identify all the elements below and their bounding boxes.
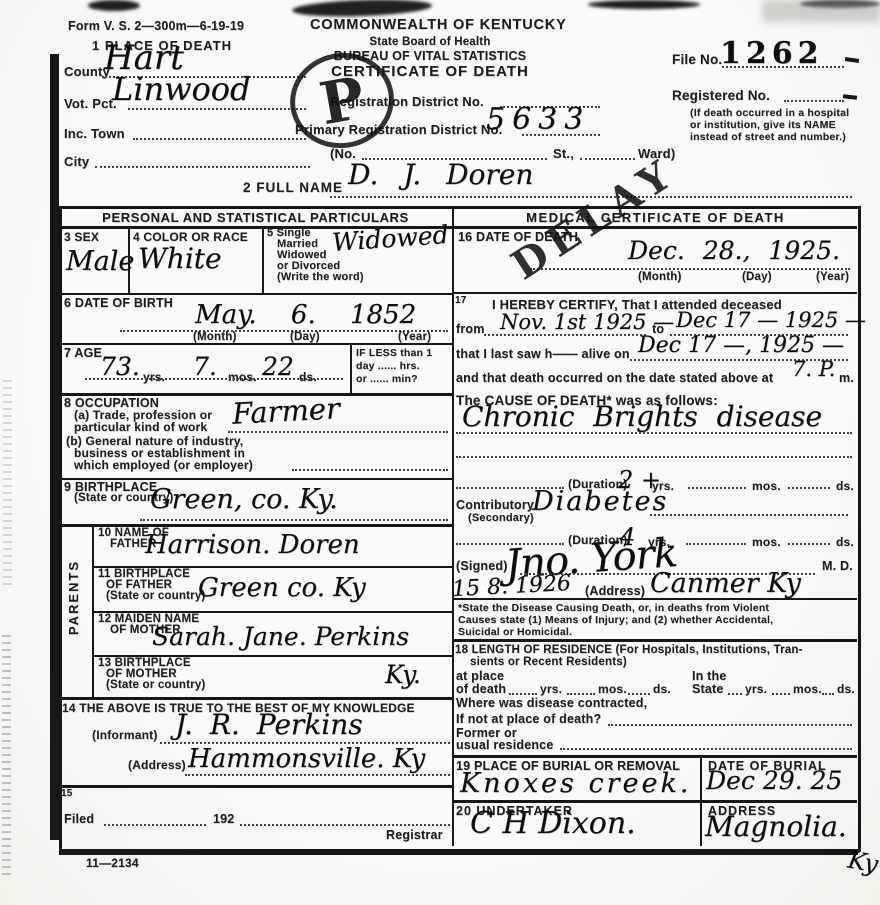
- scan-artifact: [843, 94, 857, 99]
- rule: [454, 639, 857, 642]
- scan-artifact: [588, 0, 700, 9]
- last-saw-label: that I last saw h—— alive on: [456, 347, 630, 361]
- sex-value: Male: [66, 246, 134, 277]
- scan-artifact: [292, 0, 432, 18]
- birthplace-value: Green, co. Ky.: [150, 484, 338, 515]
- dotted-line: [456, 432, 852, 434]
- res-mos-unit-2: mos.: [793, 682, 822, 696]
- marital-label-5: (Write the word): [277, 271, 364, 283]
- dod-month-label: (Month): [638, 271, 682, 283]
- dotted-line: [128, 108, 306, 110]
- informant-label: (Informant): [92, 728, 158, 742]
- contributory-label: Contributory: [456, 498, 534, 512]
- dotted-line: [580, 158, 635, 160]
- death-occurred-label: and that death occurred on the date stat…: [456, 371, 773, 385]
- duration2-ds-unit: ds.: [836, 535, 854, 549]
- state-label: State: [692, 682, 724, 696]
- cause-footnote-3: Suicidal or Homicidal.: [458, 626, 572, 638]
- inc-town-label: Inc. Town: [64, 126, 125, 141]
- rule: [59, 697, 452, 700]
- precinct-value: Linwood: [112, 70, 251, 108]
- rule: [59, 343, 452, 345]
- signed-label: (Signed): [456, 559, 508, 573]
- in-the-label: In the: [692, 669, 727, 683]
- undertaker-value: C H Dixon.: [470, 806, 636, 841]
- rule: [454, 292, 857, 294]
- age-yrs-unit: yrs.: [143, 370, 165, 384]
- dotted-line: [560, 748, 852, 750]
- age-if-less-note-3: or ...... min?: [356, 373, 418, 385]
- file-no-label: File No.: [672, 52, 722, 67]
- dotted-line: [140, 519, 448, 521]
- age-if-less-note-1: IF LESS than 1: [356, 347, 432, 359]
- occupation-b-line3: which employed (or employer): [74, 458, 253, 472]
- race-value: White: [138, 242, 222, 275]
- dotted-line: [104, 824, 206, 826]
- dotted-line: [185, 774, 450, 776]
- column-divider: [452, 206, 454, 846]
- page-left-rule: [50, 54, 59, 840]
- dotted-line: [686, 543, 746, 545]
- parents-vertical-label: PARENTS: [66, 560, 81, 635]
- cause-of-death-value: Chronic Brights disease: [462, 400, 822, 433]
- filed-year-prefix: 192: [213, 812, 234, 826]
- death-time-suffix: m.: [839, 371, 854, 385]
- dotted-line: [608, 724, 852, 726]
- rule: [454, 755, 857, 758]
- filed-label: Filed: [64, 812, 94, 826]
- st-label: St.,: [553, 146, 574, 161]
- dotted-line: [509, 693, 537, 695]
- dotted-line: [788, 487, 830, 489]
- dob-value: May. 6. 1852: [195, 300, 416, 330]
- dotted-line: [530, 268, 850, 270]
- occupation-value: Farmer: [231, 391, 340, 431]
- full-name-label: 2 FULL NAME: [243, 180, 343, 195]
- registrar-label: Registrar: [386, 828, 443, 842]
- commonwealth-title: COMMONWEALTH OF KENTUCKY: [310, 17, 550, 33]
- rule: [454, 226, 857, 229]
- dob-label: 6 DATE OF BIRTH: [64, 296, 173, 310]
- dob-day-label: (Day): [290, 331, 320, 343]
- scan-artifact: [88, 0, 140, 11]
- form-code: 11—2134: [86, 856, 139, 870]
- contracted-label-1: Where was disease contracted,: [456, 696, 647, 710]
- burial-date-value: Dec 29. 25: [706, 766, 842, 795]
- dotted-line: [85, 378, 343, 380]
- dod-day-label: (Day): [742, 271, 772, 283]
- res-ds-unit-1: ds.: [653, 682, 671, 696]
- scan-artifact: [3, 380, 12, 590]
- certify-row-number: 17: [455, 295, 467, 306]
- primary-district-value: 5633: [486, 102, 590, 137]
- filed-row-number: 15: [61, 788, 73, 799]
- dotted-line: [228, 431, 448, 433]
- duration1-ds-unit: ds.: [836, 479, 854, 493]
- rule: [262, 228, 264, 293]
- city-label: City: [64, 154, 89, 169]
- contributory-value: Diabetes: [532, 486, 668, 517]
- rule: [59, 785, 452, 788]
- from-label: from: [456, 322, 485, 336]
- dotted-line: [95, 166, 310, 168]
- bottom-double-rule: [59, 852, 858, 855]
- full-name-value: D. J. Doren: [348, 158, 533, 191]
- contributory-sub-label: (Secondary): [468, 512, 534, 524]
- father-name-value: Harrison. Doren: [145, 530, 360, 560]
- md-label: M. D.: [822, 559, 853, 573]
- father-birthplace-value: Green co. Ky: [198, 573, 366, 603]
- mother-birthplace-value: Ky.: [385, 660, 421, 689]
- informant-address-label: (Address): [128, 758, 186, 772]
- dotted-line: [292, 469, 448, 471]
- signed-address-label: (Address): [585, 584, 645, 598]
- death-time-value: 7. P.: [792, 357, 835, 381]
- dotted-line: [567, 693, 595, 695]
- last-saw-value: Dec 17 —, 1925 —: [638, 333, 844, 358]
- dotted-line: [456, 456, 852, 458]
- age-label: 7 AGE: [64, 346, 102, 360]
- age-mos-unit: mos.: [228, 370, 257, 384]
- dotted-line: [688, 487, 746, 489]
- cause-footnote-2: Causes state (1) Means of Injury; and (2…: [458, 614, 773, 626]
- dotted-line: [728, 693, 742, 695]
- dotted-line: [628, 693, 650, 695]
- dotted-line: [484, 334, 646, 336]
- scan-artifact: [845, 57, 859, 63]
- age-ds-unit: ds.: [299, 370, 317, 384]
- residence-label-2: sients or Recent Residents): [470, 656, 627, 668]
- contracted-label-2: If not at place of death?: [456, 712, 601, 726]
- dod-year-label: (Year): [816, 271, 849, 283]
- dotted-line: [722, 66, 844, 68]
- age-days-value: 22: [262, 352, 294, 381]
- res-ds-unit-2: ds.: [837, 682, 855, 696]
- informant-value: J. R. Perkins: [175, 708, 363, 741]
- mother-birthplace-label-3: (State or country): [106, 679, 205, 691]
- signed-address-value: Canmer Ky: [650, 568, 801, 599]
- res-mos-unit-1: mos.: [598, 682, 627, 696]
- state-board-line: State Board of Health: [310, 36, 550, 48]
- age-years-value: 73.: [100, 352, 140, 381]
- informant-address-value: Hammonsville. Ky: [188, 744, 425, 774]
- rule: [454, 598, 857, 600]
- hospital-note: (If death occurred in a hospital or inst…: [690, 107, 862, 143]
- dotted-line: [784, 100, 844, 102]
- undertaker-address-value: Magnolia.: [705, 810, 847, 843]
- res-yrs-unit-1: yrs.: [540, 682, 562, 696]
- form-number-line: Form V. S. 2—300m—6-19-19: [68, 19, 244, 33]
- former-label-2: usual residence: [456, 738, 554, 752]
- dotted-line: [822, 693, 834, 695]
- dob-year-label: (Year): [398, 331, 431, 343]
- father-birthplace-label-3: (State or country): [106, 590, 205, 602]
- rule: [454, 800, 857, 803]
- dob-month-label: (Month): [193, 331, 237, 343]
- death-certificate-scan: Form V. S. 2—300m—6-19-19 1 PLACE OF DEA…: [0, 0, 880, 905]
- dotted-line: [772, 693, 790, 695]
- age-if-less-note-2: day ...... hrs.: [356, 360, 420, 372]
- age-months-value: 7.: [193, 352, 217, 381]
- of-death-label: of death: [456, 682, 506, 696]
- dotted-line: [240, 824, 450, 826]
- cause-footnote-1: *State the Disease Causing Death, or, in…: [458, 602, 769, 614]
- dotted-line: [133, 138, 306, 140]
- rule: [350, 343, 352, 393]
- date-of-death-value: Dec. 28., 1925.: [628, 236, 840, 265]
- scan-artifact: [2, 630, 11, 880]
- rule: [59, 293, 452, 295]
- duration1-mos-unit: mos.: [752, 479, 781, 493]
- residence-label-1: 18 LENGTH OF RESIDENCE (For Hospitals, I…: [455, 644, 803, 656]
- at-place-label: at place: [456, 669, 504, 683]
- medical-section-title: MEDICAL CERTIFICATE OF DEATH: [454, 210, 857, 225]
- dotted-line: [650, 514, 848, 516]
- res-yrs-unit-2: yrs.: [745, 682, 767, 696]
- occupation-a-line2: particular kind of work: [74, 420, 207, 434]
- dotted-line: [788, 543, 830, 545]
- registered-no-label: Registered No.: [672, 88, 770, 103]
- sex-label: 3 SEX: [64, 230, 99, 244]
- dotted-line: [522, 134, 600, 136]
- from-value: Nov. 1st 1925 —: [500, 310, 674, 334]
- duration2-mos-unit: mos.: [752, 535, 781, 549]
- rule: [128, 228, 130, 293]
- mother-name-value: Sarah. Jane. Perkins: [152, 622, 409, 651]
- to-value: Dec 17 — 1925 —: [676, 308, 866, 332]
- precinct-label: Vot. Pct.: [64, 96, 117, 111]
- ky-flourish: Ky: [846, 846, 880, 879]
- burial-place-value: Knoxes creek.: [460, 768, 691, 799]
- scan-artifact: [762, 0, 880, 22]
